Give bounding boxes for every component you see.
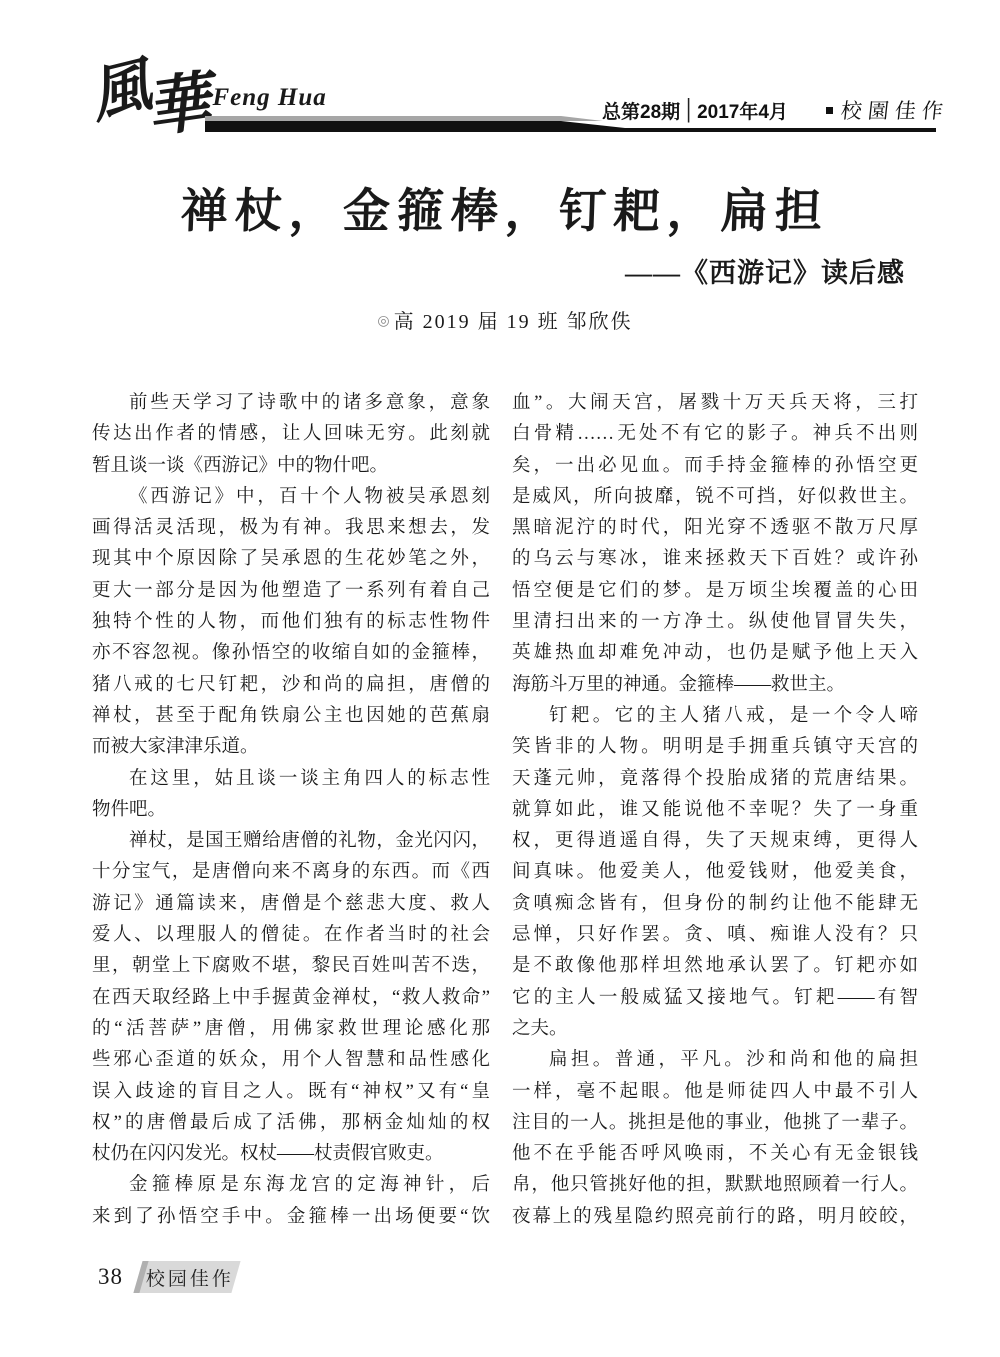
text-line: 就算如此，谁又能说他不幸呢？失了一身重 xyxy=(512,795,918,826)
text-line: 在西天取经路上中手握黄金禅杖，“救人救命” xyxy=(92,983,490,1014)
text-line: 传达出作者的情感，让人回味无穷。此刻就 xyxy=(92,419,490,450)
text-line: 之夫。 xyxy=(512,1014,918,1045)
text-line: 血”。大闹天宫，屠戮十万天兵天将，三打 xyxy=(512,388,918,419)
text-line: 而被大家津津乐道。 xyxy=(92,732,490,763)
article-byline: ◎高 2019 届 19 班 邹欣佚 xyxy=(92,305,918,334)
text-line: 前些天学习了诗歌中的诸多意象，意象 xyxy=(92,388,490,419)
text-line: 来到了孙悟空手中。金箍棒一出场便要“饮 xyxy=(92,1202,490,1233)
byline-text: 高 2019 届 19 班 邹欣佚 xyxy=(394,311,633,333)
text-line: 现其中个原因除了吴承恩的生花妙笔之外， xyxy=(92,544,490,575)
text-line: 它的主人一般威猛又接地气。钉耙——有智 xyxy=(512,983,918,1014)
text-line: 亦不容忽视。像孙悟空的收缩自如的金箍棒， xyxy=(92,638,490,669)
text-line: 金箍棒原是东海龙宫的定海神针，后 xyxy=(92,1170,490,1201)
header-section-label: 校園佳作 xyxy=(839,95,950,125)
text-line: 《西游记》中，百十个人物被吴承恩刻 xyxy=(92,482,490,513)
text-line: 忌惮，只好作罢。贪、嗔、痴谁人没有？只 xyxy=(512,920,918,951)
text-line: 些邪心歪道的妖众，用个人智慧和品性感化 xyxy=(92,1045,490,1076)
issue-number: 总第28期 xyxy=(602,97,680,124)
text-line: 里，朝堂上下腐败不堪，黎民百姓叫苦不迭， xyxy=(92,951,490,982)
text-line: 是不敢像他那样坦然地承认罢了。钉耙亦如 xyxy=(512,951,918,982)
text-line: 权，更得逍遥自得，失了天规束缚，更得人 xyxy=(512,826,918,857)
text-line: 游记》通篇读来，唐僧是个慈悲大度、救人 xyxy=(92,889,490,920)
text-line: 贪嗔痴念皆有，但身份的制约让他不能肆无 xyxy=(512,889,918,920)
issue-date-divider: | xyxy=(686,95,691,125)
page-number: 38 xyxy=(98,1264,123,1290)
magazine-page: 風華 · Feng Hua 总第28期 | 2017年4月 校園佳作 禅杖，金箍… xyxy=(0,0,1000,1357)
text-line: 独特个性的人物，而他们独有的标志性物件 xyxy=(92,607,490,638)
text-line: 权”的唐僧最后成了活佛，那柄金灿灿的权 xyxy=(92,1108,490,1139)
text-line: 禅杖，是国王赠给唐僧的礼物，金光闪闪， xyxy=(92,826,490,857)
text-line: 杖仍在闪闪发光。权杖——杖责假官败吏。 xyxy=(92,1139,490,1170)
footer-section-label: 校园佳作 xyxy=(146,1264,234,1291)
footer-section-tag: 校园佳作 xyxy=(133,1261,240,1293)
text-line: 注目的一人。挑担是他的事业，他挑了一辈子。 xyxy=(512,1108,918,1139)
article-title: 禅杖，金箍棒，钉耙，扁担 xyxy=(91,174,919,241)
article-subtitle: ——《西游记》读后感 xyxy=(625,251,905,290)
text-line: 夜幕上的残星隐约照亮前行的路，明月皎皎， xyxy=(512,1202,918,1233)
magazine-logo: 風華 xyxy=(90,58,210,148)
text-line: 矣，一出必见血。而手持金箍棒的孙悟空更 xyxy=(512,451,918,482)
text-line: 猪八戒的七尺钉耙，沙和尚的扁担，唐僧的 xyxy=(92,670,490,701)
header-rule-gray-strip xyxy=(205,116,605,121)
text-line: 爱人、以理服人的僧徒。在作者当时的社会 xyxy=(92,920,490,951)
text-line: 悟空便是它们的梦。是万顷尘埃覆盖的心田 xyxy=(512,576,918,607)
text-line: 白骨精……无处不有它的影子。神兵不出则 xyxy=(512,419,918,450)
text-line: 海筋斗万里的神通。金箍棒——救世主。 xyxy=(512,670,918,701)
issue-info: 总第28期 | 2017年4月 校園佳作 xyxy=(602,95,949,125)
text-line: 在这里，姑且谈一谈主角四人的标志性 xyxy=(92,764,490,795)
text-line: 的乌云与寒冰，谁来拯救天下百姓？或许孙 xyxy=(512,544,918,575)
text-line: 更大一部分是因为他塑造了一系列有着自己 xyxy=(92,576,490,607)
text-line: 钉耙。它的主人猪八戒，是一个令人啼 xyxy=(512,701,918,732)
text-line: 笑皆非的人物。明明是手拥重兵镇守天宫的 xyxy=(512,732,918,763)
text-line: 是威风，所向披靡，锐不可挡，好似救世主。 xyxy=(512,482,918,513)
text-line: 一样，毫不起眼。他是师徒四人中最不引人 xyxy=(512,1077,918,1108)
text-line: 他不在乎能否呼风唤雨，不关心有无金银钱 xyxy=(512,1139,918,1170)
text-line: 暂且谈一谈《西游记》中的物什吧。 xyxy=(92,451,490,482)
text-column-left: 前些天学习了诗歌中的诸多意象，意象传达出作者的情感，让人回味无穷。此刻就暂且谈一… xyxy=(92,388,490,1233)
text-line: 帛，他只管挑好他的担，默默地照顾着一行人。 xyxy=(512,1170,918,1201)
text-line: 间真味。他爱美人，他爱钱财，他爱美食， xyxy=(512,857,918,888)
byline-bullet-icon: ◎ xyxy=(377,314,391,329)
text-line: 误入歧途的盲目之人。既有“神权”又有“皇 xyxy=(92,1077,490,1108)
text-column-right: 血”。大闹天宫，屠戮十万天兵天将，三打白骨精……无处不有它的影子。神兵不出则矣，… xyxy=(512,388,918,1233)
text-line: 天蓬元帅，竟落得个投胎成猪的荒唐结果。 xyxy=(512,764,918,795)
text-line: 的“活菩萨”唐僧，用佛家救世理论感化那 xyxy=(92,1014,490,1045)
text-line: 里清扫出来的一方净土。纵使他冒冒失失， xyxy=(512,607,918,638)
text-line: 物件吧。 xyxy=(92,795,490,826)
text-line: 黑暗泥泞的时代，阳光穿不透驱不散万尺厚 xyxy=(512,513,918,544)
text-line: 十分宝气，是唐僧向来不离身的东西。而《西 xyxy=(92,857,490,888)
issue-date: 2017年4月 xyxy=(697,97,788,124)
text-line: 扁担。普通，平凡。沙和尚和他的扁担 xyxy=(512,1045,918,1076)
text-line: 画得活灵活现，极为有神。我思来想去，发 xyxy=(92,513,490,544)
magazine-logo-pinyin: · Feng Hua xyxy=(198,84,327,112)
text-line: 禅杖，甚至于配角铁扇公主也因她的芭蕉扇 xyxy=(92,701,490,732)
text-line: 英雄热血却难免冲动，也仍是赋予他上天入 xyxy=(512,638,918,669)
section-bullet-icon xyxy=(826,107,833,114)
